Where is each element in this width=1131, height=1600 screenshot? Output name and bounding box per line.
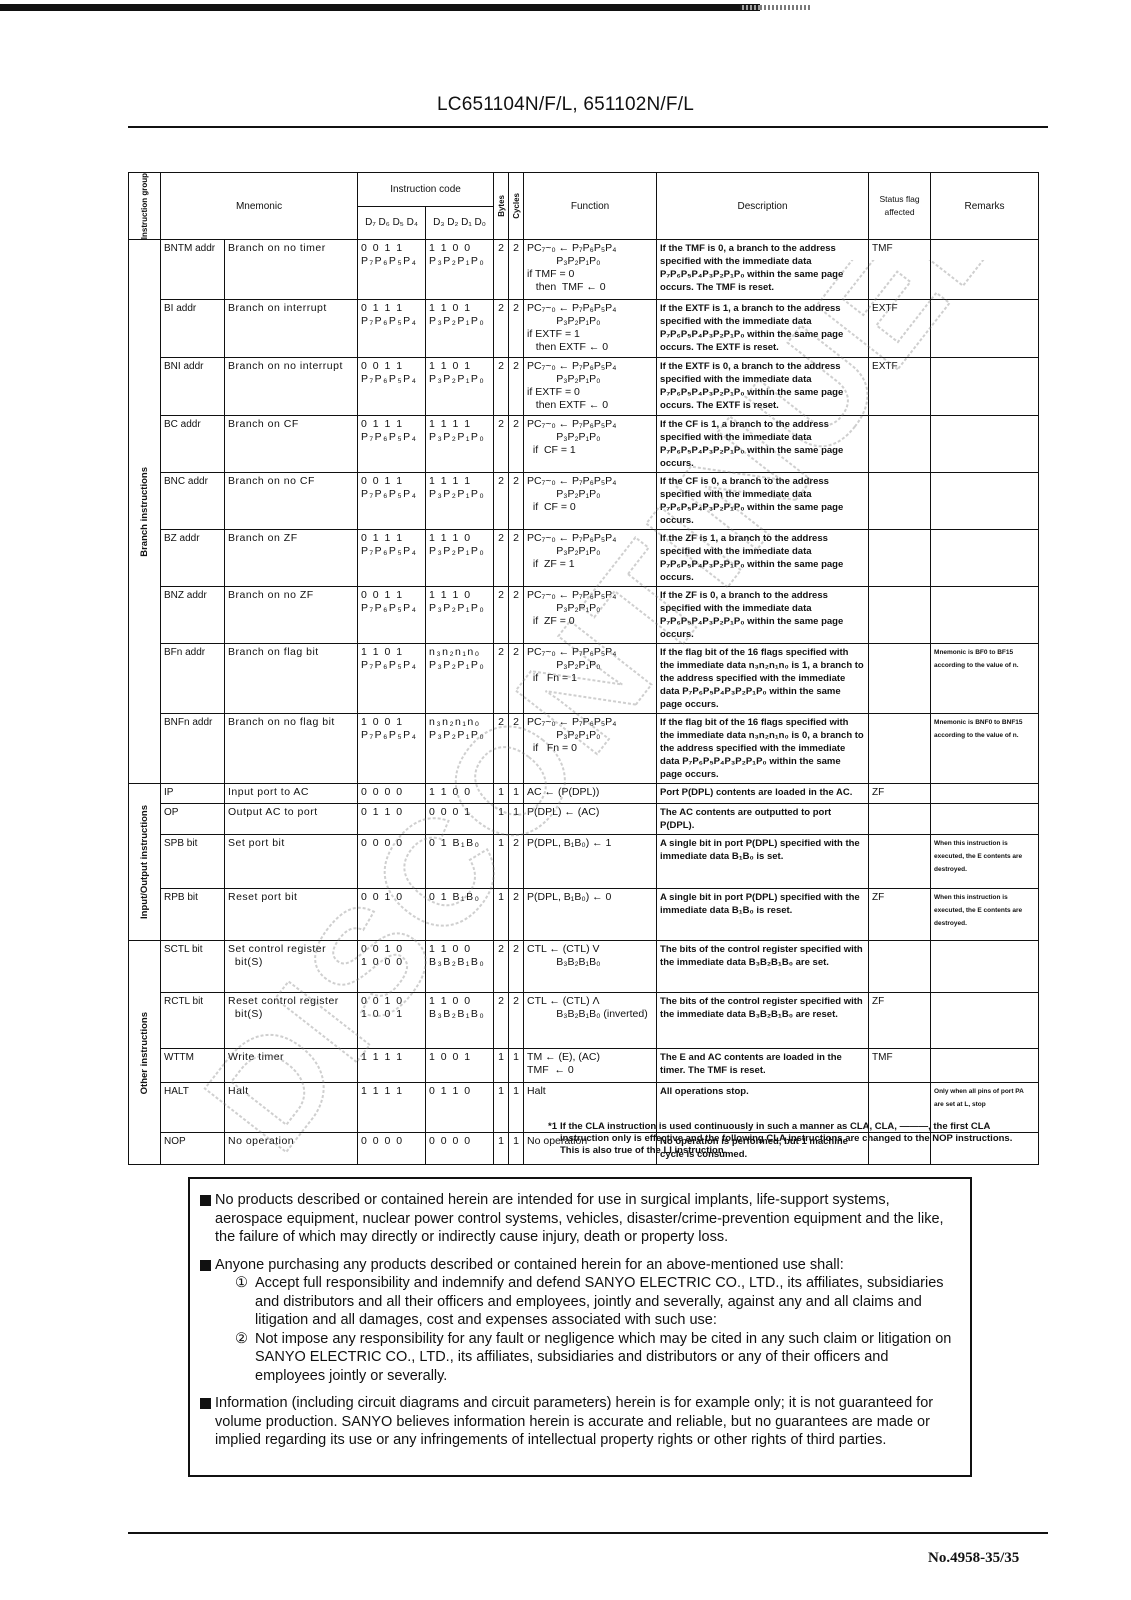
table-row: BI addrBranch on interrupt0 1 1 1 P₇P₆P₅… [129, 300, 1039, 358]
status-flag-cell: TMF [869, 240, 931, 300]
code-hi-cell: 1 0 0 1 P₇P₆P₅P₄ [358, 714, 426, 784]
bytes-cell: 1 [494, 1049, 509, 1083]
mnemonic-name-cell: Write timer [225, 1049, 358, 1083]
description-cell: If the flag bit of the 16 flags specifie… [657, 644, 869, 714]
status-flag-cell: ZF [869, 993, 931, 1049]
mnemonic-name-cell: Set port bit [225, 835, 358, 889]
square-bullet-icon [200, 1195, 211, 1206]
header-code-lo: D₃ D₂ D₁ D₀ [426, 206, 494, 240]
mnemonic-cell: BNTM addr [161, 240, 225, 300]
description-cell: If the flag bit of the 16 flags specifie… [657, 714, 869, 784]
function-cell: CTL ← (CTL) Λ B₃B₂B₁B₀ (inverted) [524, 993, 657, 1049]
status-flag-cell [869, 714, 931, 784]
mnemonic-cell: BNI addr [161, 358, 225, 416]
circled-one-icon: ① [235, 1274, 248, 1293]
bytes-cell: 2 [494, 240, 509, 300]
status-flag-cell [869, 587, 931, 644]
instruction-table: Instruction group Mnemonic Instruction c… [128, 172, 1039, 1165]
code-lo-cell: 0 1 B₁B₀ [426, 835, 494, 889]
cycles-cell: 1 [509, 804, 524, 835]
cycles-cell: 2 [509, 358, 524, 416]
mnemonic-name-cell: No operation [225, 1133, 358, 1165]
code-hi-cell: 0 1 1 1 P₇P₆P₅P₄ [358, 530, 426, 587]
function-cell: PC₇~₀ ← P₇P₆P₅P₄ P₃P₂P₁P₀ if EXTF = 1 th… [524, 300, 657, 358]
bytes-cell: 2 [494, 587, 509, 644]
code-lo-cell: 1 1 1 1 P₃P₂P₁P₀ [426, 473, 494, 530]
code-lo-cell: 1 1 0 0 P₃P₂P₁P₀ [426, 240, 494, 300]
code-lo-cell: 0 1 1 0 [426, 1083, 494, 1133]
mnemonic-cell: WTTM [161, 1049, 225, 1083]
cycles-cell: 2 [509, 714, 524, 784]
table-row: BC addrBranch on CF0 1 1 1 P₇P₆P₅P₄1 1 1… [129, 416, 1039, 473]
mnemonic-name-cell: Branch on no ZF [225, 587, 358, 644]
bytes-cell: 2 [494, 644, 509, 714]
code-lo-cell: 0 0 0 0 [426, 1133, 494, 1165]
instruction-table-body: Branch instructionsBNTM addrBranch on no… [129, 240, 1039, 1165]
function-cell: PC₇~₀ ← P₇P₆P₅P₄ P₃P₂P₁P₀ if Fn = 1 [524, 644, 657, 714]
square-bullet-icon [200, 1398, 211, 1409]
mnemonic-name-cell: Branch on no timer [225, 240, 358, 300]
function-cell: P(DPL, B₁B₀) ← 0 [524, 889, 657, 941]
code-lo-cell: 0 1 B₁B₀ [426, 889, 494, 941]
disclaimer-paragraph-1: No products described or contained herei… [200, 1191, 956, 1247]
description-cell: If the TMF is 0, a branch to the address… [657, 240, 869, 300]
status-flag-cell: TMF [869, 1049, 931, 1083]
code-lo-cell: 1 1 1 1 P₃P₂P₁P₀ [426, 416, 494, 473]
description-cell: If the EXTF is 1, a branch to the addres… [657, 300, 869, 358]
cycles-cell: 2 [509, 587, 524, 644]
footnote-mark: *1 [548, 1121, 557, 1133]
remarks-cell [931, 784, 1039, 804]
mnemonic-name-cell: Halt [225, 1083, 358, 1133]
scan-top-bar-fade [740, 5, 810, 10]
instruction-group-label: Input/Output instructions [129, 784, 161, 941]
square-bullet-icon [200, 1260, 211, 1271]
mnemonic-cell: BFn addr [161, 644, 225, 714]
page-number: No.4958-35/35 [928, 1550, 1019, 1567]
code-hi-cell: 0 0 1 1 P₇P₆P₅P₄ [358, 587, 426, 644]
code-lo-cell: 1 1 1 0 P₃P₂P₁P₀ [426, 587, 494, 644]
table-row: Other instructionsSCTL bitSet control re… [129, 941, 1039, 993]
status-flag-cell [869, 644, 931, 714]
mnemonic-name-cell: Output AC to port [225, 804, 358, 835]
disclaimer-box: No products described or contained herei… [188, 1177, 972, 1477]
disclaimer-paragraph-3: Information (including circuit diagrams … [200, 1394, 956, 1450]
code-lo-cell: n₃n₂n₁n₀ P₃P₂P₁P₀ [426, 644, 494, 714]
table-row: WTTMWrite timer1 1 1 11 0 0 111TM ← (E),… [129, 1049, 1039, 1083]
table-row: SPB bitSet port bit0 0 0 00 1 B₁B₀12P(DP… [129, 835, 1039, 889]
remarks-cell: Mnemonic is BNF0 to BNF15 according to t… [931, 714, 1039, 784]
code-hi-cell: 0 1 1 0 [358, 804, 426, 835]
status-flag-cell [869, 416, 931, 473]
mnemonic-name-cell: Reset control register bit(S) [225, 993, 358, 1049]
mnemonic-name-cell: Branch on ZF [225, 530, 358, 587]
header-code-hi: D₇ D₆ D₅ D₄ [358, 206, 426, 240]
remarks-cell: When this instruction is executed, the E… [931, 889, 1039, 941]
mnemonic-name-cell: Input port to AC [225, 784, 358, 804]
function-cell: PC₇~₀ ← P₇P₆P₅P₄ P₃P₂P₁P₀ if CF = 1 [524, 416, 657, 473]
function-cell: PC₇~₀ ← P₇P₆P₅P₄ P₃P₂P₁P₀ if ZF = 0 [524, 587, 657, 644]
scan-top-bar [0, 4, 760, 11]
header-bytes: Bytes [494, 173, 509, 240]
mnemonic-name-cell: Branch on flag bit [225, 644, 358, 714]
remarks-cell [931, 240, 1039, 300]
function-cell: PC₇~₀ ← P₇P₆P₅P₄ P₃P₂P₁P₀ if CF = 0 [524, 473, 657, 530]
function-cell: CTL ← (CTL) V B₃B₂B₁B₀ [524, 941, 657, 993]
document-title: LC651104N/F/L, 651102N/F/L [0, 94, 1131, 116]
bytes-cell: 1 [494, 835, 509, 889]
code-lo-cell: 1 0 0 1 [426, 1049, 494, 1083]
description-cell: The E and AC contents are loaded in the … [657, 1049, 869, 1083]
cycles-cell: 1 [509, 1133, 524, 1165]
code-lo-cell: 1 1 0 0 B₃B₂B₁B₀ [426, 993, 494, 1049]
remarks-cell: When this instruction is executed, the E… [931, 835, 1039, 889]
bytes-cell: 1 [494, 804, 509, 835]
remarks-cell [931, 1049, 1039, 1083]
table-row: BFn addrBranch on flag bit1 1 0 1 P₇P₆P₅… [129, 644, 1039, 714]
table-row: BNC addrBranch on no CF0 0 1 1 P₇P₆P₅P₄1… [129, 473, 1039, 530]
code-hi-cell: 0 0 1 0 [358, 889, 426, 941]
remarks-cell: Mnemonic is BF0 to BF15 according to the… [931, 644, 1039, 714]
bytes-cell: 2 [494, 473, 509, 530]
remarks-cell [931, 941, 1039, 993]
description-cell: If the ZF is 0, a branch to the address … [657, 587, 869, 644]
code-hi-cell: 0 1 1 1 P₇P₆P₅P₄ [358, 416, 426, 473]
bytes-cell: 2 [494, 530, 509, 587]
status-flag-cell [869, 835, 931, 889]
cycles-cell: 2 [509, 473, 524, 530]
bytes-cell: 2 [494, 993, 509, 1049]
mnemonic-name-cell: Branch on no flag bit [225, 714, 358, 784]
mnemonic-cell: BC addr [161, 416, 225, 473]
mnemonic-cell: BNC addr [161, 473, 225, 530]
instruction-group-label: Branch instructions [129, 240, 161, 784]
cycles-cell: 1 [509, 1049, 524, 1083]
function-cell: TM ← (E), (AC) TMF ← 0 [524, 1049, 657, 1083]
mnemonic-cell: RPB bit [161, 889, 225, 941]
code-lo-cell: 0 0 0 1 [426, 804, 494, 835]
bytes-cell: 2 [494, 714, 509, 784]
description-cell: The bits of the control register specifi… [657, 941, 869, 993]
table-row: BNFn addrBranch on no flag bit1 0 0 1 P₇… [129, 714, 1039, 784]
code-hi-cell: 0 1 1 1 P₇P₆P₅P₄ [358, 300, 426, 358]
cycles-cell: 1 [509, 1083, 524, 1133]
mnemonic-cell: BZ addr [161, 530, 225, 587]
table-row: Input/Output instructionsIPInput port to… [129, 784, 1039, 804]
header-cycles: Cycles [509, 173, 524, 240]
cycles-cell: 2 [509, 941, 524, 993]
mnemonic-name-cell: Set control register bit(S) [225, 941, 358, 993]
remarks-cell [931, 300, 1039, 358]
status-flag-cell: ZF [869, 889, 931, 941]
header-status-flag: Status flag affected [869, 173, 931, 240]
header-instruction-code: Instruction code [358, 173, 494, 207]
mnemonic-cell: BI addr [161, 300, 225, 358]
function-cell: PC₇~₀ ← P₇P₆P₅P₄ P₃P₂P₁P₀ if Fn = 0 [524, 714, 657, 784]
remarks-cell [931, 416, 1039, 473]
status-flag-cell [869, 804, 931, 835]
mnemonic-cell: BNFn addr [161, 714, 225, 784]
header-group: Instruction group [129, 173, 161, 240]
circled-two-icon: ② [235, 1330, 248, 1349]
description-cell: If the CF is 1, a branch to the address … [657, 416, 869, 473]
description-cell: If the EXTF is 0, a branch to the addres… [657, 358, 869, 416]
header-function: Function [524, 173, 657, 240]
bytes-cell: 2 [494, 358, 509, 416]
description-cell: Port P(DPL) contents are loaded in the A… [657, 784, 869, 804]
instruction-group-label: Other instructions [129, 941, 161, 1165]
cycles-cell: 2 [509, 993, 524, 1049]
mnemonic-cell: SCTL bit [161, 941, 225, 993]
status-flag-cell [869, 941, 931, 993]
code-hi-cell: 1 1 1 1 [358, 1083, 426, 1133]
code-hi-cell: 0 0 0 0 [358, 784, 426, 804]
status-flag-cell: ZF [869, 784, 931, 804]
code-hi-cell: 0 0 1 1 P₇P₆P₅P₄ [358, 473, 426, 530]
mnemonic-name-cell: Reset port bit [225, 889, 358, 941]
code-hi-cell: 1 1 0 1 P₇P₆P₅P₄ [358, 644, 426, 714]
remarks-cell [931, 473, 1039, 530]
mnemonic-cell: RCTL bit [161, 993, 225, 1049]
description-cell: A single bit in port P(DPL) specified wi… [657, 835, 869, 889]
code-hi-cell: 0 0 1 1 P₇P₆P₅P₄ [358, 358, 426, 416]
status-flag-cell [869, 530, 931, 587]
code-lo-cell: 1 1 1 0 P₃P₂P₁P₀ [426, 530, 494, 587]
bytes-cell: 1 [494, 1133, 509, 1165]
mnemonic-name-cell: Branch on interrupt [225, 300, 358, 358]
code-hi-cell: 1 1 1 1 [358, 1049, 426, 1083]
disclaimer-item-2: ② Not impose any responsibility for any … [215, 1330, 956, 1386]
table-row: BZ addrBranch on ZF0 1 1 1 P₇P₆P₅P₄1 1 1… [129, 530, 1039, 587]
table-row: RCTL bitReset control register bit(S)0 0… [129, 993, 1039, 1049]
code-lo-cell: 1 1 0 1 P₃P₂P₁P₀ [426, 358, 494, 416]
function-cell: PC₇~₀ ← P₇P₆P₅P₄ P₃P₂P₁P₀ if TMF = 0 the… [524, 240, 657, 300]
header-description: Description [657, 173, 869, 240]
cycles-cell: 2 [509, 835, 524, 889]
remarks-cell [931, 587, 1039, 644]
table-row: RPB bitReset port bit0 0 1 00 1 B₁B₀12P(… [129, 889, 1039, 941]
code-hi-cell: 0 0 0 0 [358, 835, 426, 889]
table-row: OPOutput AC to port0 1 1 00 0 0 111P(DPL… [129, 804, 1039, 835]
status-flag-cell: EXTF [869, 300, 931, 358]
code-hi-cell: 0 0 1 0 1 0 0 0 [358, 941, 426, 993]
bottom-rule [128, 1532, 1048, 1534]
bytes-cell: 1 [494, 1083, 509, 1133]
function-cell: AC ← (P(DPL)) [524, 784, 657, 804]
code-hi-cell: 0 0 1 0 1 0 0 1 [358, 993, 426, 1049]
description-cell: The bits of the control register specifi… [657, 993, 869, 1049]
code-hi-cell: 0 0 0 0 [358, 1133, 426, 1165]
mnemonic-cell: OP [161, 804, 225, 835]
code-hi-cell: 0 0 1 1 P₇P₆P₅P₄ [358, 240, 426, 300]
function-cell: P(DPL) ← (AC) [524, 804, 657, 835]
remarks-cell [931, 530, 1039, 587]
code-lo-cell: 1 1 0 0 B₃B₂B₁B₀ [426, 941, 494, 993]
description-cell: If the CF is 0, a branch to the address … [657, 473, 869, 530]
bytes-cell: 1 [494, 889, 509, 941]
mnemonic-name-cell: Branch on CF [225, 416, 358, 473]
cycles-cell: 2 [509, 644, 524, 714]
mnemonic-cell: NOP [161, 1133, 225, 1165]
mnemonic-name-cell: Branch on no interrupt [225, 358, 358, 416]
remarks-cell [931, 993, 1039, 1049]
function-cell: PC₇~₀ ← P₇P₆P₅P₄ P₃P₂P₁P₀ if EXTF = 0 th… [524, 358, 657, 416]
status-flag-cell [869, 473, 931, 530]
cycles-cell: 2 [509, 300, 524, 358]
bytes-cell: 1 [494, 784, 509, 804]
footnote: *1 If the CLA instruction is used contin… [560, 1121, 1030, 1157]
footnote-text: If the CLA instruction is used continuou… [560, 1121, 1012, 1156]
status-flag-cell: EXTF [869, 358, 931, 416]
bytes-cell: 2 [494, 300, 509, 358]
remarks-cell [931, 804, 1039, 835]
cycles-cell: 2 [509, 240, 524, 300]
disclaimer-item-1: ① Accept full responsibility and indemni… [215, 1274, 956, 1330]
mnemonic-cell: IP [161, 784, 225, 804]
mnemonic-cell: SPB bit [161, 835, 225, 889]
mnemonic-cell: HALT [161, 1083, 225, 1133]
bytes-cell: 2 [494, 416, 509, 473]
bytes-cell: 2 [494, 941, 509, 993]
code-lo-cell: 1 1 0 0 [426, 784, 494, 804]
code-lo-cell: n₃n₂n₁n₀ P₃P₂P₁P₀ [426, 714, 494, 784]
header-remarks: Remarks [931, 173, 1039, 240]
description-cell: A single bit in port P(DPL) specified wi… [657, 889, 869, 941]
cycles-cell: 2 [509, 530, 524, 587]
mnemonic-name-cell: Branch on no CF [225, 473, 358, 530]
cycles-cell: 1 [509, 784, 524, 804]
description-cell: If the ZF is 1, a branch to the address … [657, 530, 869, 587]
description-cell: The AC contents are outputted to port P(… [657, 804, 869, 835]
header-mnemonic: Mnemonic [161, 173, 358, 240]
cycles-cell: 2 [509, 416, 524, 473]
title-rule [128, 126, 1048, 128]
remarks-cell [931, 358, 1039, 416]
function-cell: PC₇~₀ ← P₇P₆P₅P₄ P₃P₂P₁P₀ if ZF = 1 [524, 530, 657, 587]
disclaimer-paragraph-2: Anyone purchasing any products described… [200, 1256, 956, 1386]
code-lo-cell: 1 1 0 1 P₃P₂P₁P₀ [426, 300, 494, 358]
mnemonic-cell: BNZ addr [161, 587, 225, 644]
table-row: Branch instructionsBNTM addrBranch on no… [129, 240, 1039, 300]
cycles-cell: 2 [509, 889, 524, 941]
function-cell: P(DPL, B₁B₀) ← 1 [524, 835, 657, 889]
table-row: BNI addrBranch on no interrupt0 0 1 1 P₇… [129, 358, 1039, 416]
table-row: BNZ addrBranch on no ZF0 0 1 1 P₇P₆P₅P₄1… [129, 587, 1039, 644]
